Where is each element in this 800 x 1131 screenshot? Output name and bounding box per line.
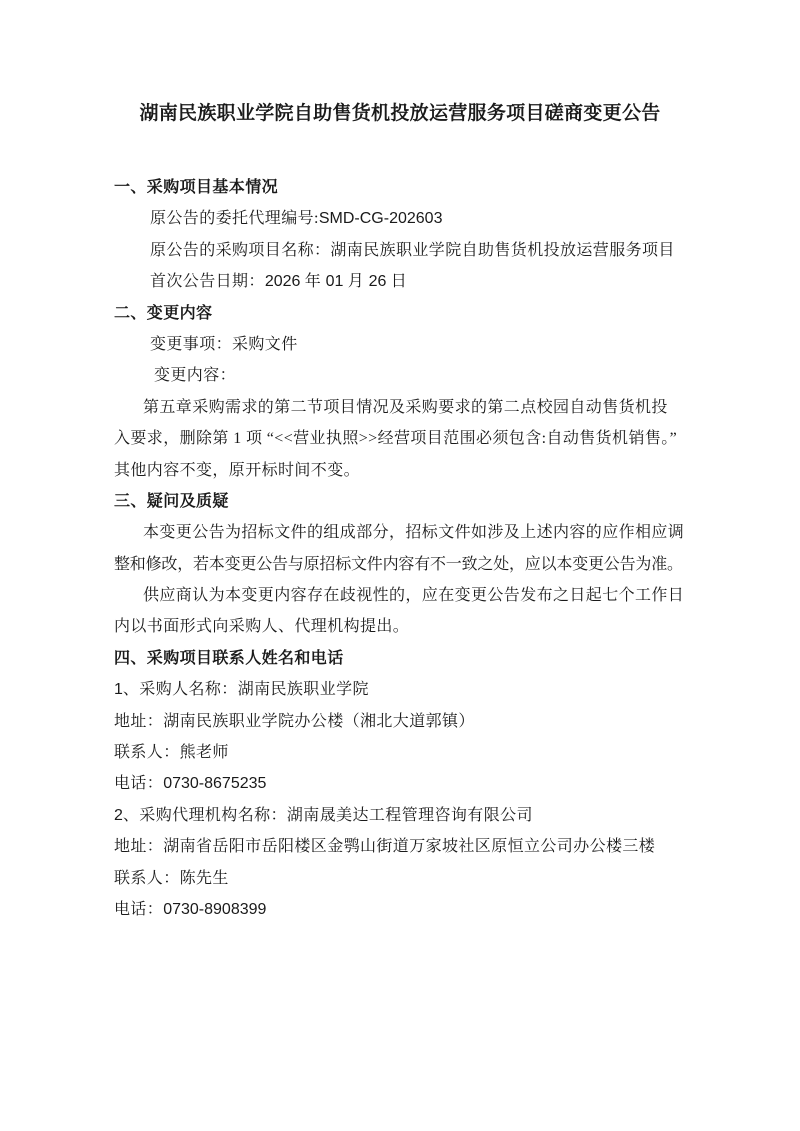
agent-contact-line: 联系人：陈先生: [114, 863, 694, 894]
change-paragraph-line: 第五章采购需求的第二节项目情况及采购要求的第二点校园自动售货机投: [114, 392, 694, 423]
date-year-unit: 年: [300, 273, 325, 290]
purchaser-contact-line: 联系人：熊老师: [114, 737, 694, 768]
agent-name-line: 2、采购代理机构名称：湖南晟美达工程管理咨询有限公司: [114, 800, 694, 831]
original-agency-code-value: SMD-CG-202603: [319, 210, 443, 227]
purchaser-index: 1: [114, 681, 123, 698]
purchaser-phone-label: 电话：: [114, 775, 163, 792]
purchaser-phone-line: 电话：0730-8675235: [114, 768, 694, 799]
original-agency-code-line: 原公告的委托代理编号:SMD-CG-202603: [114, 203, 694, 234]
date-label: 首次公告日期：: [150, 273, 265, 290]
date-month-unit: 月: [343, 273, 368, 290]
change-paragraph-line: 入要求，删除第 1 项 “<<营业执照>>经营项目范围必须包含:自动售货机销售。…: [114, 423, 694, 454]
document-body: 一、采购项目基本情况 原公告的委托代理编号:SMD-CG-202603 原公告的…: [114, 172, 694, 925]
first-announcement-date-line: 首次公告日期：2026 年 01 月 26 日: [114, 266, 694, 297]
inquiry-paragraph-line: 本变更公告为招标文件的组成部分，招标文件如涉及上述内容的应作相应调: [114, 517, 694, 548]
purchaser-name-line: 1、采购人名称：湖南民族职业学院: [114, 674, 694, 705]
section3-heading: 三、疑问及质疑: [114, 486, 694, 517]
purchaser-phone-number: 0730-8675235: [163, 775, 266, 792]
section1-heading: 一、采购项目基本情况: [114, 172, 694, 203]
agent-name-text: 、采购代理机构名称：湖南晟美达工程管理咨询有限公司: [123, 807, 533, 824]
change-item-line: 变更事项：采购文件: [114, 329, 694, 360]
agent-index: 2: [114, 807, 123, 824]
section2-heading: 二、变更内容: [114, 298, 694, 329]
objection-paragraph-line: 内以书面形式向采购人、代理机构提出。: [114, 611, 694, 642]
agent-phone-number: 0730-8908399: [163, 901, 266, 918]
date-day-unit: 日: [386, 273, 407, 290]
document-title: 湖南民族职业学院自助售货机投放运营服务项目磋商变更公告: [0, 99, 800, 129]
original-agency-code-label: 原公告的委托代理编号:: [150, 210, 319, 227]
purchaser-address-line: 地址：湖南民族职业学院办公楼（湘北大道郭镇）: [114, 706, 694, 737]
objection-paragraph-line: 供应商认为本变更内容存在歧视性的，应在变更公告发布之日起七个工作日: [114, 580, 694, 611]
document-page: 湖南民族职业学院自助售货机投放运营服务项目磋商变更公告 一、采购项目基本情况 原…: [0, 0, 800, 1131]
original-project-name-line: 原公告的采购项目名称：湖南民族职业学院自助售货机投放运营服务项目: [114, 235, 694, 266]
change-paragraph-line: 其他内容不变，原开标时间不变。: [114, 455, 694, 486]
section4-heading: 四、采购项目联系人姓名和电话: [114, 643, 694, 674]
agent-phone-line: 电话：0730-8908399: [114, 894, 694, 925]
date-year-value: 2026: [265, 273, 301, 290]
date-day-value: 26: [369, 273, 387, 290]
inquiry-paragraph-line: 整和修改，若本变更公告与原招标文件内容有不一致之处，应以本变更公告为准。: [114, 549, 694, 580]
date-month-value: 01: [326, 273, 344, 290]
purchaser-name-text: 、采购人名称：湖南民族职业学院: [123, 681, 369, 698]
change-content-label: 变更内容：: [114, 360, 694, 391]
agent-address-line: 地址：湖南省岳阳市岳阳楼区金鹗山街道万家坡社区原恒立公司办公楼三楼: [114, 831, 694, 862]
agent-phone-label: 电话：: [114, 901, 163, 918]
